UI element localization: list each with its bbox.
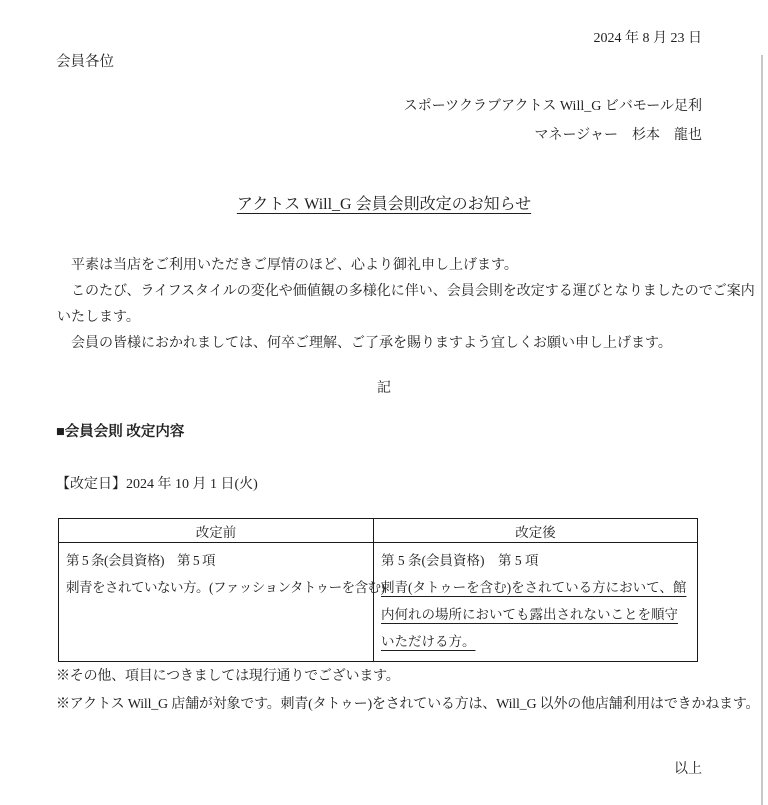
before-rule-text: 刺青をされていない方。(ファッションタトゥーを含む)	[66, 574, 366, 601]
body-line: いたします。	[57, 305, 717, 331]
cell-after: 第 5 条(会員資格) 第 5 項 刺青(タトゥーを含む)をされている方において…	[374, 543, 698, 662]
footnote: ※アクトス Will_G 店舗が対象です。刺青(タトゥー)をされている方は、Wi…	[56, 691, 766, 719]
column-header-before: 改定前	[59, 519, 374, 543]
notice-document-page: 2024 年 8 月 23 日 会員各位 スポーツクラブアクトス Will_G …	[0, 0, 768, 805]
after-clause: 第 5 条(会員資格) 第 5 項	[381, 547, 690, 574]
page-edge-line	[761, 55, 763, 805]
table-body-row: 第 5 条(会員資格) 第 5 項 刺青をされていない方。(ファッションタトゥー…	[59, 543, 698, 662]
section-heading: ■会員会則 改定内容	[56, 420, 184, 441]
table-header-row: 改定前 改定後	[59, 519, 698, 543]
column-header-after: 改定後	[374, 519, 698, 543]
revision-date-line: 【改定日】2024 年 10 月 1 日(火)	[56, 473, 258, 493]
closing-marker: 以上	[674, 758, 702, 778]
after-rule-text: 刺青(タトゥーを含む)をされている方において、館内何れの場所においても露出されな…	[381, 574, 690, 655]
sender-person: マネージャー 杉本 龍也	[404, 121, 702, 150]
sender-organization: スポーツクラブアクトス Will_G ビバモール足利	[404, 92, 702, 121]
cell-before: 第 5 条(会員資格) 第 5 項 刺青をされていない方。(ファッションタトゥー…	[59, 543, 374, 662]
document-date: 2024 年 8 月 23 日	[594, 27, 703, 47]
footnote: ※その他、項目につきましては現行通りでございます。	[56, 663, 766, 691]
record-marker: 記	[0, 377, 768, 397]
body-line: 会員の皆様におかれましては、何卒ご理解、ご了承を賜りますよう宜しくお願い申し上げ…	[57, 331, 717, 357]
body-paragraphs: 平素は当店をご利用いただきご厚情のほど、心より御礼申し上げます。 このたび、ライ…	[57, 253, 717, 357]
body-line: 平素は当店をご利用いただきご厚情のほど、心より御礼申し上げます。	[57, 253, 717, 279]
sender-block: スポーツクラブアクトス Will_G ビバモール足利 マネージャー 杉本 龍也	[404, 92, 702, 150]
before-clause: 第 5 条(会員資格) 第 5 項	[66, 547, 366, 574]
revision-comparison-table: 改定前 改定後 第 5 条(会員資格) 第 5 項 刺青をされていない方。(ファ…	[58, 518, 698, 662]
footnotes: ※その他、項目につきましては現行通りでございます。 ※アクトス Will_G 店…	[56, 663, 766, 719]
document-title: アクトス Will_G 会員会則改定のお知らせ	[0, 191, 768, 214]
recipient-line: 会員各位	[56, 50, 114, 71]
body-line: このたび、ライフスタイルの変化や価値観の多様化に伴い、会員会則を改定する運びとな…	[57, 279, 717, 305]
